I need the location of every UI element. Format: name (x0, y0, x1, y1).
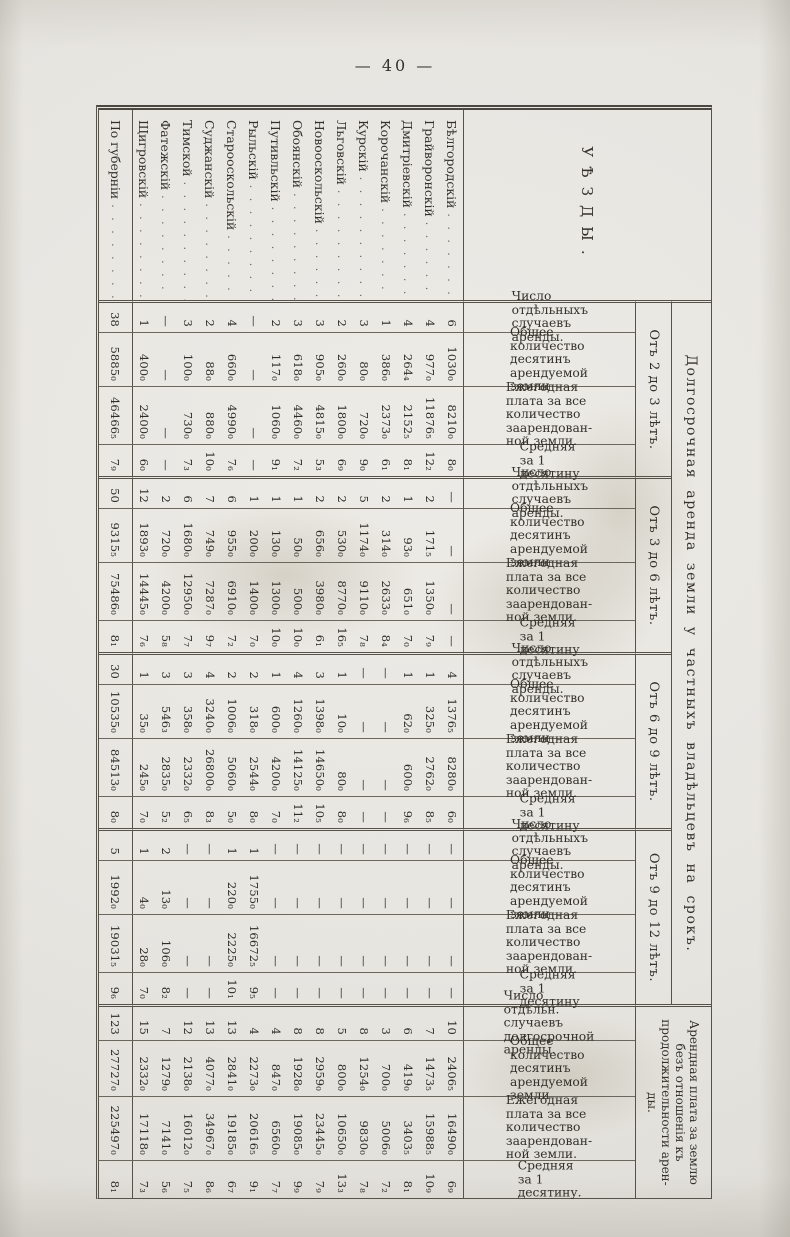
value-cell: 1 (397, 476, 419, 508)
value-cell: 5₆ (155, 1160, 177, 1198)
value-cell: — (243, 332, 265, 386)
value-cell: 1893₀ (133, 508, 155, 562)
value-cell: 720₀ (155, 508, 177, 562)
district-row-name: Тимской. . . . . . . . . . . . . . . (177, 110, 199, 300)
value-cell: 720₀ (353, 386, 375, 444)
value-cell: — (375, 652, 397, 684)
value-cell: 2 (221, 652, 243, 684)
value-cell: 264₄ (397, 332, 419, 386)
value-cell: 10535₀ (99, 684, 133, 738)
value-cell: 23445₀ (309, 1096, 331, 1160)
leader-dots: . . . . . . . . . . . . . . . (336, 185, 349, 300)
value-cell: 2332₀ (177, 738, 199, 796)
value-cell: 14125₀ (287, 738, 309, 796)
value-cell: — (441, 562, 463, 620)
value-cell: 7₈ (353, 620, 375, 652)
measure-label-cell: Общее количество деся­тинъ арендуемой зе… (463, 860, 635, 914)
value-cell: 7₆ (221, 444, 243, 476)
row-label: Фатежскій (159, 120, 174, 190)
district-row-name: Курскій. . . . . . . . . . . . . . . (353, 110, 375, 300)
value-cell: 6910₀ (221, 562, 243, 620)
value-cell: 1400₀ (243, 562, 265, 620)
value-cell: 1060₀ (265, 386, 287, 444)
value-cell: 10₀ (265, 620, 287, 652)
value-cell: — (375, 796, 397, 828)
measure-label-cell: Ежегодная плата за все количество заарен… (463, 386, 635, 444)
value-cell: 4 (265, 1004, 287, 1040)
value-cell: 10₀ (287, 620, 309, 652)
value-cell: 977₀ (419, 332, 441, 386)
value-cell: 14650₀ (309, 738, 331, 796)
value-cell: 880₀ (199, 386, 221, 444)
value-cell: 8 (309, 1004, 331, 1040)
value-cell: — (287, 828, 309, 860)
value-cell: 600₀ (397, 738, 419, 796)
value-cell: 5885₀ (99, 332, 133, 386)
value-cell: 12950₀ (177, 562, 199, 620)
value-cell: 8₀ (331, 796, 353, 828)
value-cell: 30 (99, 652, 133, 684)
value-cell: 1 (133, 300, 155, 332)
value-cell: 6 (221, 476, 243, 508)
rotated-table-container: УѢЗДЫ. Долгосрочная аренда земли у частн… (96, 105, 712, 1199)
value-cell: 93₀ (397, 508, 419, 562)
measure-label: Ежегодная плата за все количество заарен… (506, 1095, 592, 1163)
value-cell: 3980₀ (309, 562, 331, 620)
row-label: По губерніи (108, 120, 123, 199)
value-cell: 8₀ (99, 796, 133, 828)
measure-label-cell: Общее количество деся­тинъ арендуемой зе… (463, 1040, 635, 1096)
value-cell: 130₀ (265, 508, 287, 562)
measure-label-cell: Общее количество деся­тинъ арендуемой зе… (463, 332, 635, 386)
value-cell: — (199, 914, 221, 972)
value-cell: 2225₀ (221, 914, 243, 972)
value-cell: 50₀ (287, 508, 309, 562)
value-cell: — (199, 860, 221, 914)
value-cell: 13 (221, 1004, 243, 1040)
value-cell: 2835₀ (155, 738, 177, 796)
value-cell: 6₇ (221, 1160, 243, 1198)
value-cell: 4 (397, 300, 419, 332)
value-cell: 1006₀ (221, 684, 243, 738)
district-row-name: Щигровскій. . . . . . . . . . . . . . . (133, 110, 155, 300)
value-cell: 1 (397, 652, 419, 684)
value-cell: — (353, 684, 375, 738)
value-cell: 117₀ (265, 332, 287, 386)
value-cell: 20616₅ (243, 1096, 265, 1160)
row-label: Бѣлгородскій (445, 120, 460, 208)
lease-statistics-table: УѢЗДЫ. Долгосрочная аренда земли у частн… (96, 105, 712, 1199)
value-cell: — (419, 860, 441, 914)
district-row-name: Новооскольскій. . . . . . . . . . . . . … (309, 110, 331, 300)
page-number: — 40 — (0, 56, 790, 75)
row-label: Курскій (357, 120, 372, 172)
value-cell: 2 (243, 652, 265, 684)
value-cell: 6560₀ (265, 1096, 287, 1160)
value-cell: 600₀ (265, 684, 287, 738)
value-cell: 3 (353, 300, 375, 332)
value-cell: 4 (287, 652, 309, 684)
value-cell: 2959₀ (309, 1040, 331, 1096)
value-cell: 4 (221, 300, 243, 332)
value-cell: — (353, 860, 375, 914)
value-cell: 4460₀ (287, 386, 309, 444)
term-group-header-3-6: Отъ 3 до 6 лѣтъ. (635, 476, 671, 652)
table-corner-header: УѢЗДЫ. (463, 110, 711, 300)
row-label: Старооскольскій (225, 120, 240, 230)
value-cell: 8770₀ (331, 562, 353, 620)
value-cell: 6 (441, 300, 463, 332)
value-cell: 2373₀ (375, 386, 397, 444)
value-cell: 16490₀ (441, 1096, 463, 1160)
value-cell: — (287, 914, 309, 972)
value-cell: — (353, 652, 375, 684)
measure-label-cell: Ежегодная плата за все количество заарен… (463, 1096, 635, 1160)
value-cell: 2841₀ (221, 1040, 243, 1096)
value-cell: — (155, 386, 177, 444)
value-cell: — (353, 738, 375, 796)
value-cell: 1 (331, 652, 353, 684)
value-cell: 419₀ (397, 1040, 419, 1096)
value-cell: — (419, 828, 441, 860)
value-cell: — (397, 914, 419, 972)
value-cell: 10₀ (199, 444, 221, 476)
value-cell: 106₀ (155, 914, 177, 972)
leader-dots: . . . . . . . . . . . . . . . (380, 203, 393, 300)
value-cell: 651₀ (397, 562, 419, 620)
value-cell: 1 (375, 300, 397, 332)
value-cell: 28₀ (133, 914, 155, 972)
value-cell: — (265, 914, 287, 972)
value-cell: 7₃ (133, 1160, 155, 1198)
value-cell: 2 (419, 476, 441, 508)
value-cell: 7₂ (221, 620, 243, 652)
district-row-name: Дмитріевскій. . . . . . . . . . . . . . … (397, 110, 419, 300)
value-cell: 7 (155, 1004, 177, 1040)
value-cell: 3240₀ (199, 684, 221, 738)
value-cell: 19031₅ (99, 914, 133, 972)
value-cell: — (353, 914, 375, 972)
value-cell: 19085₀ (287, 1096, 309, 1160)
leader-dots: . . . . . . . . . . . . . . . (138, 198, 151, 300)
value-cell: 15 (133, 1004, 155, 1040)
value-cell: 26800₀ (199, 738, 221, 796)
value-cell: 800₀ (331, 1040, 353, 1096)
value-cell: 84513₀ (99, 738, 133, 796)
value-cell: 2138₀ (177, 1040, 199, 1096)
row-label: Рыльскій (247, 120, 262, 180)
row-label: Корочанскій (379, 120, 394, 203)
value-cell: 46466₅ (99, 386, 133, 444)
value-cell: 5₂ (155, 796, 177, 828)
value-cell: 7₂ (375, 1160, 397, 1198)
value-cell: 6₁ (309, 620, 331, 652)
value-cell: 11₂ (287, 796, 309, 828)
value-cell: — (199, 972, 221, 1004)
term-group-header-2-3: Отъ 2 до 3 лѣтъ. (635, 300, 671, 476)
value-cell: 4 (441, 652, 463, 684)
district-row-name: Суджанскій. . . . . . . . . . . . . . . (199, 110, 221, 300)
value-cell: 6₅ (177, 796, 199, 828)
value-cell: 4815₀ (309, 386, 331, 444)
value-cell: 1350₀ (419, 562, 441, 620)
value-cell: 1260₀ (287, 684, 309, 738)
value-cell: 10₉ (419, 1160, 441, 1198)
value-cell: 80₀ (353, 332, 375, 386)
value-cell: — (441, 972, 463, 1004)
value-cell: 260₀ (331, 332, 353, 386)
value-cell: 4077₀ (199, 1040, 221, 1096)
value-cell: 1 (243, 476, 265, 508)
leader-dots: . . . . . . . . . . . . . . . (358, 172, 371, 300)
value-cell: 7₇ (265, 1160, 287, 1198)
district-row-name: Рыльскій. . . . . . . . . . . . . . . (243, 110, 265, 300)
value-cell: — (441, 860, 463, 914)
value-cell: 1 (265, 652, 287, 684)
value-cell: 6₀ (133, 444, 155, 476)
value-cell: 386₀ (375, 332, 397, 386)
value-cell: 314₀ (375, 508, 397, 562)
value-cell: 8₀ (243, 796, 265, 828)
province-total-row-name: По губерніи. . . . . . . . . . . . . . . (99, 110, 133, 300)
value-cell: 1800₀ (331, 386, 353, 444)
value-cell: 34967₀ (199, 1096, 221, 1160)
value-cell: 4990₀ (221, 386, 243, 444)
value-cell: 7₃ (177, 444, 199, 476)
value-cell: 245₀ (133, 738, 155, 796)
value-cell: 1 (287, 476, 309, 508)
value-cell: — (155, 444, 177, 476)
value-cell: 730₀ (177, 386, 199, 444)
value-cell: 2633₀ (375, 562, 397, 620)
value-cell: 3 (309, 652, 331, 684)
value-cell: 7₅ (177, 1160, 199, 1198)
value-cell: — (375, 972, 397, 1004)
value-cell: 7₀ (133, 972, 155, 1004)
scanned-book-page: { "page": { "number_display": "— 40 —" }… (0, 0, 790, 1237)
value-cell: 13₀ (155, 860, 177, 914)
value-cell: 9830₀ (353, 1096, 375, 1160)
value-cell: 8₄ (375, 620, 397, 652)
value-cell: — (243, 386, 265, 444)
value-cell: — (441, 914, 463, 972)
value-cell: — (375, 914, 397, 972)
value-cell: 9₀ (353, 444, 375, 476)
value-cell: 1254₀ (353, 1040, 375, 1096)
value-cell: 8₃ (199, 796, 221, 828)
measure-label: Средняя за 1 десятину. (518, 1159, 582, 1200)
value-cell: 10₅ (309, 796, 331, 828)
value-cell: — (397, 972, 419, 1004)
value-cell: 7₉ (419, 620, 441, 652)
value-cell: 11876₅ (419, 386, 441, 444)
value-cell: 2 (375, 476, 397, 508)
leader-dots: . . . . . . . . . . . . . . . (182, 177, 195, 300)
leader-dots: . . . . . . . . . . . . . . . (314, 224, 327, 300)
value-cell: 9₉ (287, 1160, 309, 1198)
value-cell: 88₀ (199, 332, 221, 386)
value-cell: 2 (155, 476, 177, 508)
value-cell: 318₀ (243, 684, 265, 738)
value-cell: 5₈ (155, 620, 177, 652)
leader-dots: . . . . . . . . . . . . . . . (292, 188, 305, 300)
value-cell: 10 (441, 1004, 463, 1040)
value-cell: 5006₀ (375, 1096, 397, 1160)
row-label: Грайворонскій (423, 120, 438, 217)
value-cell: 1680₀ (177, 508, 199, 562)
value-cell: 7₀ (133, 796, 155, 828)
value-cell: 2 (331, 300, 353, 332)
value-cell: 700₀ (375, 1040, 397, 1096)
district-row-name: Корочанскій. . . . . . . . . . . . . . . (375, 110, 397, 300)
value-cell: 955₀ (221, 508, 243, 562)
value-cell: 15988₅ (419, 1096, 441, 1160)
value-cell: 5 (353, 476, 375, 508)
value-cell: 50 (99, 476, 133, 508)
value-cell: 19185₀ (221, 1096, 243, 1160)
value-cell: — (397, 828, 419, 860)
value-cell: — (265, 972, 287, 1004)
value-cell: 12₂ (419, 444, 441, 476)
leader-dots: . . . . . . . . . . . . . . . (424, 217, 437, 300)
value-cell: — (441, 476, 463, 508)
value-cell: 905₀ (309, 332, 331, 386)
value-cell: 9110₀ (353, 562, 375, 620)
value-cell: 9₆ (397, 796, 419, 828)
value-cell: 8₂ (155, 972, 177, 1004)
row-label: Обоянскій (291, 120, 306, 188)
value-cell: — (309, 914, 331, 972)
value-cell: — (265, 860, 287, 914)
row-label: Дмитріевскій (401, 120, 416, 208)
value-cell: 16672₅ (243, 914, 265, 972)
row-label: Тимской (181, 120, 196, 177)
leader-dots: . . . . . . . . . . . . . . . (160, 190, 173, 300)
value-cell: 10₁ (221, 972, 243, 1004)
value-cell: 1755₀ (243, 860, 265, 914)
district-row-name: Бѣлгородскій. . . . . . . . . . . . . . … (441, 110, 463, 300)
value-cell: 1 (133, 652, 155, 684)
value-cell: — (397, 860, 419, 914)
value-cell: 7₇ (177, 620, 199, 652)
value-cell: 8₁ (99, 620, 133, 652)
value-cell: — (441, 620, 463, 652)
district-row-name: Фатежскій. . . . . . . . . . . . . . . (155, 110, 177, 300)
value-cell: 1 (133, 828, 155, 860)
term-group-header-9-12: Отъ 9 до 12 лѣтъ. (635, 828, 671, 1004)
value-cell: 2 (331, 476, 353, 508)
value-cell: 4 (419, 300, 441, 332)
value-cell: 4 (243, 1004, 265, 1040)
value-cell: — (309, 972, 331, 1004)
value-cell: 749₀ (199, 508, 221, 562)
leader-dots: . . . . . . . . . . . . . . . (402, 208, 415, 300)
leader-dots: . . . . . . . . . . . . . . . (109, 199, 122, 300)
value-cell: — (331, 860, 353, 914)
value-cell: 14445₀ (133, 562, 155, 620)
value-cell: 8 (353, 1004, 375, 1040)
value-cell: — (177, 860, 199, 914)
value-cell: 656₀ (309, 508, 331, 562)
value-cell: 546₃ (155, 684, 177, 738)
value-cell: 3 (177, 652, 199, 684)
value-cell: 1 (243, 828, 265, 860)
row-label: Щигровскій (137, 120, 152, 198)
value-cell: 2332₀ (133, 1040, 155, 1096)
value-cell: 530₀ (331, 508, 353, 562)
value-cell: 12 (133, 476, 155, 508)
value-cell: 27727₀ (99, 1040, 133, 1096)
value-cell: — (375, 828, 397, 860)
value-cell: 6₁ (375, 444, 397, 476)
value-cell: 200₀ (243, 508, 265, 562)
value-cell: 2 (155, 828, 177, 860)
value-cell: 7287₀ (199, 562, 221, 620)
value-cell: 358₀ (177, 684, 199, 738)
value-cell: 4200₀ (155, 562, 177, 620)
value-cell: — (375, 684, 397, 738)
measure-label-cell: Ежегодная плата за все количество заарен… (463, 562, 635, 620)
value-cell: 6₉ (331, 444, 353, 476)
value-cell: — (309, 860, 331, 914)
value-cell: 4200₀ (265, 738, 287, 796)
value-cell: 13₃ (331, 1160, 353, 1198)
value-cell: 618₀ (287, 332, 309, 386)
value-cell: 1 (419, 652, 441, 684)
value-cell: 3 (309, 300, 331, 332)
measure-label-cell: Ежегодная плата за все количество заарен… (463, 738, 635, 796)
value-cell: 6 (397, 1004, 419, 1040)
value-cell: 9315₅ (99, 508, 133, 562)
leader-dots: . . . . . . . . . . . . . . . (204, 198, 217, 300)
value-cell: 9₅ (243, 972, 265, 1004)
value-cell: 5060₀ (221, 738, 243, 796)
value-cell: 8₀ (441, 444, 463, 476)
value-cell: 3 (155, 652, 177, 684)
value-cell: 1279₀ (155, 1040, 177, 1096)
value-cell: 100₀ (177, 332, 199, 386)
value-cell: — (265, 828, 287, 860)
value-cell: 1473₅ (419, 1040, 441, 1096)
value-cell: 8₅ (419, 796, 441, 828)
value-cell: 847₀ (265, 1040, 287, 1096)
value-cell: — (331, 972, 353, 1004)
value-cell: — (419, 914, 441, 972)
value-cell: 38 (99, 300, 133, 332)
district-row-name: Путивльскій. . . . . . . . . . . . . . . (265, 110, 287, 300)
district-row-name: Льговскій. . . . . . . . . . . . . . . (331, 110, 353, 300)
value-cell: — (375, 738, 397, 796)
value-cell: 80₀ (331, 738, 353, 796)
measure-label-cell: Общее количество деся­тинъ арендуемой зе… (463, 508, 635, 562)
value-cell: 5₀ (221, 796, 243, 828)
value-cell: 10650₀ (331, 1096, 353, 1160)
value-cell: 8210₀ (441, 386, 463, 444)
value-cell: — (243, 444, 265, 476)
value-cell: 2762₀ (419, 738, 441, 796)
district-row-name: Старооскольскій. . . . . . . . . . . . .… (221, 110, 243, 300)
row-label: Суджанскій (203, 120, 218, 198)
value-cell: 7₆ (133, 620, 155, 652)
value-cell: — (353, 972, 375, 1004)
value-cell: 1174₀ (353, 508, 375, 562)
value-cell: — (155, 332, 177, 386)
value-cell: 7 (199, 476, 221, 508)
value-cell: 75486₀ (99, 562, 133, 620)
value-cell: 3 (287, 300, 309, 332)
value-cell: 17118₀ (133, 1096, 155, 1160)
district-row-name: Обоянскій. . . . . . . . . . . . . . . (287, 110, 309, 300)
